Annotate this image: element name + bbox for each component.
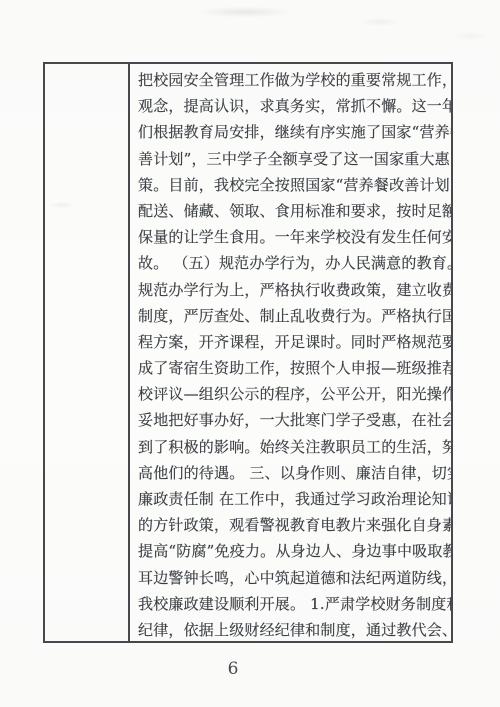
text-line: 我校廉政建设顺利开展。 1.严肃学校财务制度和财经 [138,591,446,617]
text-line: 廉政责任制 在工作中，我通过学习政治理论知识和党 [138,486,446,512]
text-line: 妥地把好事办好，一大批寒门学子受惠，在社会上起 [138,407,446,433]
text-line: 们根据教育局安排，继续有序实施了国家“营养餐改 [138,119,446,145]
text-line: 校评议—组织公示的程序，公平公开，阳光操作，稳 [138,381,446,407]
text-line: 故。 （五）规范办学行为，办人民满意的教育。 在 [138,250,446,276]
text-line: 制度，严厉查处、制止乱收费行为。严格执行国家课 [138,303,446,329]
text-line: 纪律，依据上级财经纪律和制度，通过教代会、行政 [138,617,446,641]
text-line: 耳边警钟长鸣，心中筑起道德和法纪两道防线，促进 [138,565,446,591]
report-table: 把校园安全管理工作做为学校的重要常规工作，更新 观念，提高认识，求真务实，常抓不… [43,62,453,643]
text-line: 配送、储藏、领取、食用标准和要求，按时足额保质 [138,198,446,224]
text-line: 规范办学行为上，严格执行收费政策，建立收费公示 [138,277,446,303]
text-line: 到了积极的影响。始终关注教职员工的生活，努力提 [138,434,446,460]
scanned-page-background: 把校园安全管理工作做为学校的重要常规工作，更新 观念，提高认识，求真务实，常抓不… [0,0,500,707]
text-line: 善计划”，三中学子全额享受了这一国家重大惠民政 [138,146,446,172]
text-line: 把校园安全管理工作做为学校的重要常规工作，更新 [138,67,446,93]
empty-label-column [45,64,130,641]
text-line: 观念，提高认识，求真务实，常抓不懈。这一年，我 [138,93,446,119]
text-line: 保量的让学生食用。一年来学校没有发生任何安全事 [138,224,446,250]
text-line: 的方针政策，观看警视教育电教片来强化自身素质， [138,512,446,538]
report-body-column: 把校园安全管理工作做为学校的重要常规工作，更新 观念，提高认识，求真务实，常抓不… [130,64,451,641]
text-line: 高他们的待遇。 三、以身作则、廉洁自律，切实落实 [138,460,446,486]
text-line: 程方案，开齐课程，开足课时。同时严格规范要求完 [138,329,446,355]
text-line: 提高“防腐”免疫力。从身边人、身边事中吸取教训， [138,538,446,564]
text-line: 成了寄宿生资助工作，按照个人申报—班级推荐—学 [138,355,446,381]
page-number: 6 [0,659,466,679]
text-line: 策。目前，我校完全按照国家“营养餐改善计划”的 [138,172,446,198]
